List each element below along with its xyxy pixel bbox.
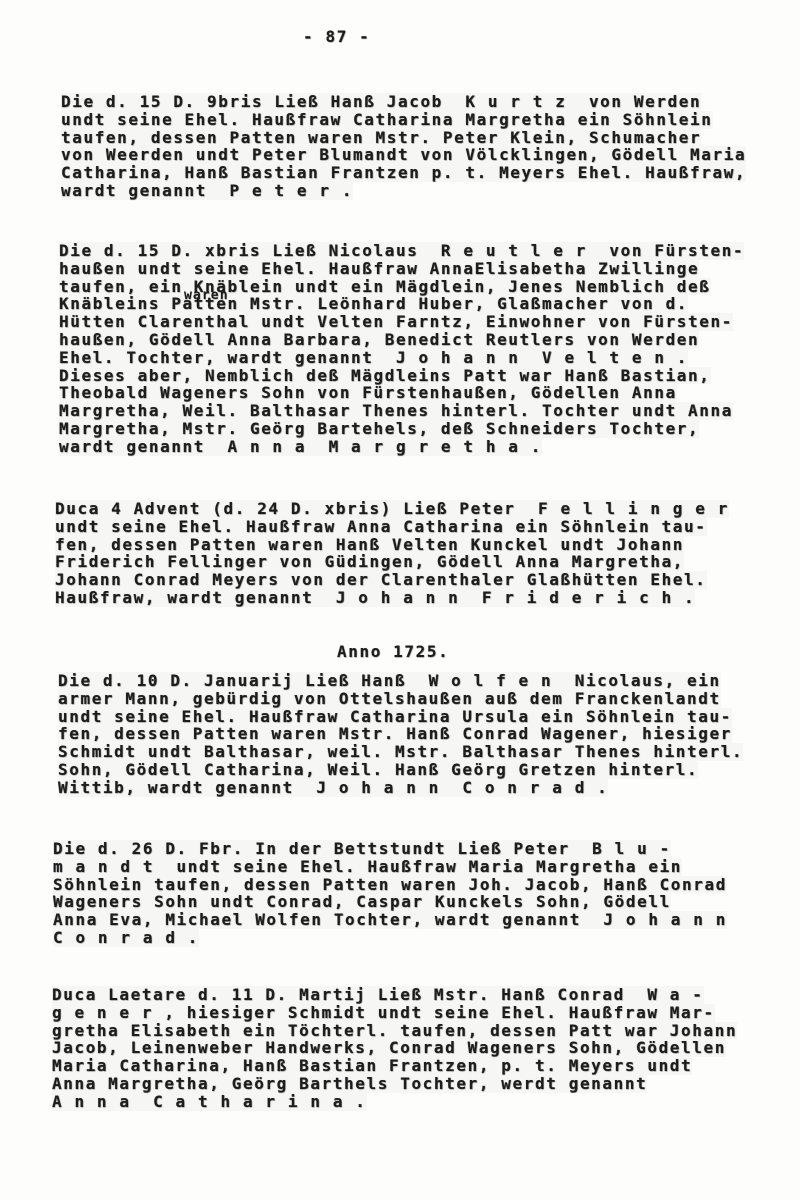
text-line: Dieses aber, Nemblich deß Mägdleins Patt…	[59, 367, 711, 385]
text-line: Die d. 15 D. 9bris Ließ Hanß Jacob K u r…	[61, 93, 701, 111]
text-line: Ehel. Tochter, wardt genannt J o h a n n…	[59, 349, 688, 367]
baptism-entry-reutler: Die d. 15 D. xbris Ließ Nicolaus R e u t…	[59, 242, 744, 456]
baptism-entry-wagener: Duca Laetare d. 11 D. Martij Ließ Mstr. …	[52, 986, 737, 1111]
text-line: Sohn, Gödell Catharina, Weil. Hanß Geörg…	[58, 761, 698, 779]
text-line: Maria Catharina, Hanß Bastian Frantzen, …	[52, 1057, 692, 1075]
text-line: A n n a C a t h a r i n a .	[52, 1093, 367, 1111]
text-line: m a n d t undt seine Ehel. Haußfraw Mari…	[53, 858, 682, 876]
text-line: von Weerden undt Peter Blumandt von Völc…	[61, 146, 746, 164]
text-line: wardt genannt P e t e r .	[61, 182, 353, 200]
baptism-entry-wolfen: Die d. 10 D. Januarij Ließ Hanß W o l f …	[58, 672, 743, 797]
text-line: Duca 4 Advent (d. 24 D. xbris) Ließ Pete…	[55, 500, 729, 518]
text-line: fen, dessen Patten waren Hanß Velten Kun…	[55, 536, 684, 554]
text-line: Die d. 10 D. Januarij Ließ Hanß W o l f …	[58, 672, 721, 690]
text-line: Anna Margretha, Geörg Barthels Tochter, …	[52, 1075, 647, 1093]
text-line: haußen, Gödell Anna Barbara, Benedict Re…	[59, 331, 699, 349]
text-line: Wittib, wardt genannt J o h a n n C o n …	[58, 779, 608, 797]
text-line: taufen, dessen Patten waren Mstr. Peter …	[61, 129, 701, 147]
scanned-page: - 87 - Die d. 15 D. 9bris Ließ Hanß Jaco…	[0, 0, 800, 1200]
text-line: fen, dessen Patten waren Mstr. Hanß Conr…	[58, 725, 732, 743]
text-line: haußen undt seine Ehel. Haußfraw AnnaEli…	[59, 260, 699, 278]
text-line: Knäbleins Patten Mstr. Leönhard Huber, G…	[59, 295, 688, 313]
baptism-entry-blumandt: Die d. 26 D. Fbr. In der Bettstundt Ließ…	[53, 840, 727, 947]
text-line: taufen, ein Knäblein undt ein Mägdlein, …	[59, 278, 711, 296]
text-line: Haußfraw, wardt genannt J o h a n n F r …	[55, 589, 695, 607]
baptism-entry-kurtz: Die d. 15 D. 9bris Ließ Hanß Jacob K u r…	[61, 93, 746, 200]
text-line: Söhnlein taufen, dessen Patten waren Joh…	[53, 876, 727, 894]
text-line: Wageners Sohn undt Conrad, Caspar Kuncke…	[53, 893, 671, 911]
text-line: Schmidt undt Balthasar, weil. Mstr. Balt…	[58, 743, 743, 761]
text-line: Jacob, Leinenweber Handwerks, Conrad Wag…	[52, 1039, 726, 1057]
text-line: Margretha, Weil. Balthasar Thenes hinter…	[59, 402, 733, 420]
text-line: gretha Elisabeth ein Töchterl. taufen, d…	[52, 1022, 737, 1040]
text-line: wardt genannt A n n a M a r g r e t h a …	[59, 438, 542, 456]
text-line: Margretha, Mstr. Geörg Bartehels, deß Sc…	[59, 420, 699, 438]
text-line: Friderich Fellinger von Güdingen, Gödell…	[55, 553, 684, 571]
baptism-entry-fellinger: Duca 4 Advent (d. 24 D. xbris) Ließ Pete…	[55, 500, 729, 607]
text-line: Die d. 15 D. xbris Ließ Nicolaus R e u t…	[59, 242, 744, 260]
text-line: undt seine Ehel. Haußfraw Catharina Ursu…	[58, 708, 732, 726]
text-line: undt seine Ehel. Haußfraw Anna Catharina…	[55, 518, 707, 536]
interlinear-insert: waren	[184, 289, 229, 302]
text-line: Hütten Clarenthal undt Velten Farntz, Ei…	[59, 313, 733, 331]
text-line: g e n e r , hiesiger Schmidt undt seine …	[52, 1004, 715, 1022]
text-line: Theobald Wageners Sohn von Fürstenhaußen…	[59, 384, 677, 402]
text-line: Die d. 26 D. Fbr. In der Bettstundt Ließ…	[53, 840, 671, 858]
year-heading: Anno 1725.	[337, 643, 449, 661]
text-line: C o n r a d .	[53, 929, 199, 947]
text-line: Anna Eva, Michael Wolfen Tochter, wardt …	[53, 911, 727, 929]
text-line: armer Mann, gebürdig von Ottelshaußen au…	[58, 690, 721, 708]
text-line: Catharina, Hanß Bastian Frantzen p. t. M…	[61, 164, 746, 182]
text-line: undt seine Ehel. Haußfraw Catharina Marg…	[61, 111, 713, 129]
text-line: Johann Conrad Meyers von der Clarenthale…	[55, 571, 707, 589]
page-number: - 87 -	[303, 28, 370, 46]
text-line: Duca Laetare d. 11 D. Martij Ließ Mstr. …	[52, 986, 704, 1004]
